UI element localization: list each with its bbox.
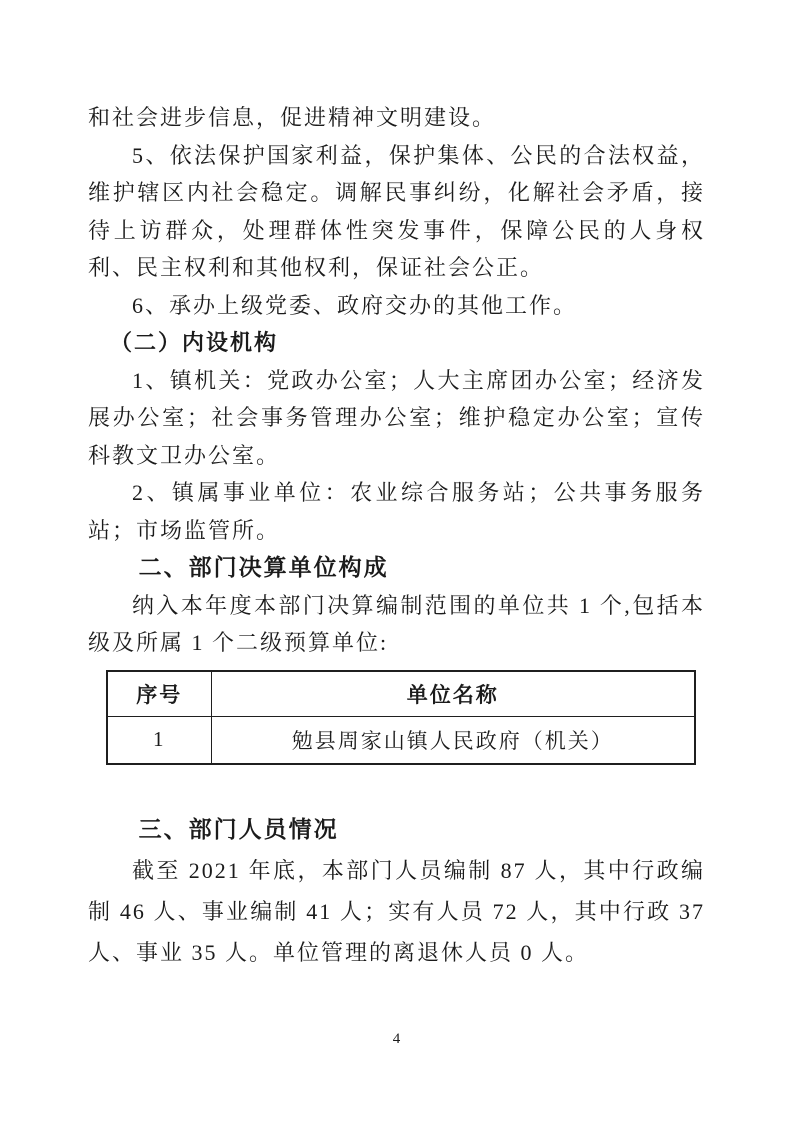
unit-table: 序号 单位名称 1 勉县周家山镇人民政府（机关） [106, 670, 696, 765]
paragraph-duty-5: 5、依法保护国家利益，保护集体、公民的合法权益，维护辖区内社会稳定。调解民事纠纷… [88, 137, 705, 287]
heading-section-3: 三、部门人员情况 [88, 809, 705, 850]
heading-section-2: 二、部门决算单位构成 [88, 549, 705, 587]
heading-internal-org: （二）内设机构 [88, 324, 705, 362]
paragraph-staffing: 截至 2021 年底，本部门人员编制 87 人，其中行政编制 46 人、事业编制… [88, 850, 705, 973]
section-personnel: 三、部门人员情况 截至 2021 年底，本部门人员编制 87 人，其中行政编制 … [88, 809, 705, 973]
page-number: 4 [0, 1031, 793, 1048]
unit-table-cell-no: 1 [107, 716, 211, 764]
unit-table-cell-name: 勉县周家山镇人民政府（机关） [211, 716, 695, 764]
document-page: 和社会进步信息，促进精神文明建设。 5、依法保护国家利益，保护集体、公民的合法权… [0, 0, 793, 1122]
unit-table-header-row: 序号 单位名称 [107, 671, 695, 717]
paragraph-org-institutions: 2、镇属事业单位：农业综合服务站；公共事务服务站；市场监管所。 [88, 474, 705, 549]
paragraph-duty-6: 6、承办上级党委、政府交办的其他工作。 [88, 287, 705, 325]
document-content: 和社会进步信息，促进精神文明建设。 5、依法保护国家利益，保护集体、公民的合法权… [0, 0, 793, 973]
paragraph-org-town-offices: 1、镇机关：党政办公室；人大主席团办公室；经济发展办公室；社会事务管理办公室；维… [88, 362, 705, 475]
unit-table-header-no: 序号 [107, 671, 211, 717]
unit-table-row: 1 勉县周家山镇人民政府（机关） [107, 716, 695, 764]
unit-table-header-name: 单位名称 [211, 671, 695, 717]
paragraph-budget-scope: 纳入本年度本部门决算编制范围的单位共 1 个,包括本级及所属 1 个二级预算单位… [88, 587, 705, 662]
paragraph-continuation: 和社会进步信息，促进精神文明建设。 [88, 99, 705, 137]
